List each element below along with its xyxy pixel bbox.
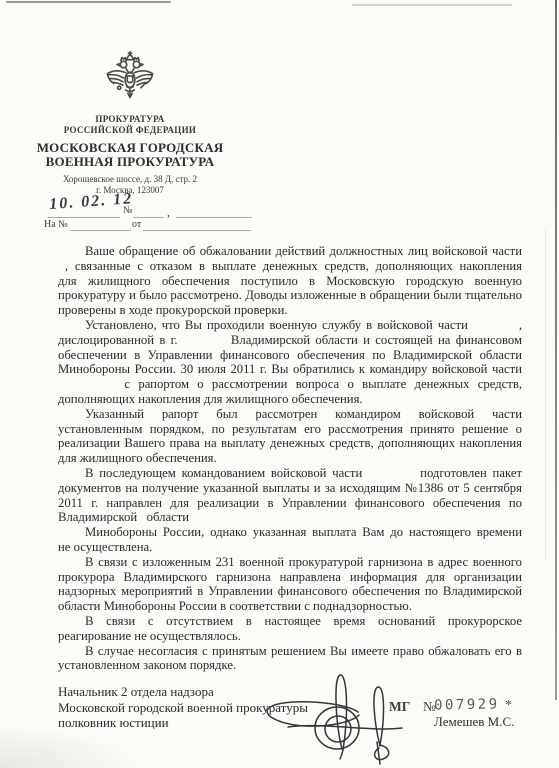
body-line: документов на получение указанной выплат… bbox=[58, 481, 522, 496]
body-line: Минобороны России. 30 июля 2011 г. Вы об… bbox=[58, 362, 522, 377]
body-line: В последующем командованием войсковой ча… bbox=[58, 466, 522, 481]
body-line: , связанные с отказом в выплате денежных… bbox=[58, 259, 522, 274]
body-line: реагирование не осуществлялось. bbox=[58, 629, 522, 644]
document-page: ПРОКУРАТУРА РОССИЙСКОЙ ФЕДЕРАЦИИ МОСКОВС… bbox=[0, 0, 559, 768]
body-line: Установлено, что Вы проходили военную сл… bbox=[58, 318, 522, 333]
body-line: области Минобороны России в соответствии… bbox=[58, 599, 522, 614]
body-line: не осуществлена. bbox=[58, 540, 522, 555]
body-line: проверены в ходе прокурорской проверки. bbox=[58, 303, 522, 318]
stamp-mg-label: МГ bbox=[389, 699, 410, 715]
scan-artifact-top-left bbox=[6, 1, 171, 3]
letterhead: ПРОКУРАТУРА РОССИЙСКОЙ ФЕДЕРАЦИИ МОСКОВС… bbox=[25, 50, 235, 195]
body-line: В случае несогласия с принятым решением … bbox=[58, 644, 522, 659]
scan-artifact-corner-shade bbox=[0, 726, 140, 768]
date-blank-line bbox=[48, 217, 120, 218]
body-line: прокурора Владимирского гарнизона направ… bbox=[58, 570, 522, 585]
number-blank-line bbox=[133, 217, 164, 218]
number-blank-line2 bbox=[176, 217, 252, 218]
body-line: Ваше обращение об обжаловании действий д… bbox=[58, 244, 522, 259]
body-line: 2011 г. направлен для реализации в Управ… bbox=[58, 496, 522, 511]
body-line: с рапортом о рассмотрении вопроса о выпл… bbox=[58, 377, 522, 392]
scan-artifact-top-right bbox=[352, 4, 512, 6]
body-line: Владимирской области bbox=[58, 510, 522, 525]
org-name-line2: ВОЕННАЯ ПРОКУРАТУРА bbox=[25, 155, 235, 169]
reference-comma: , bbox=[167, 205, 170, 220]
number-label: № bbox=[123, 205, 133, 216]
body-line: обеспечении в Управлении финансового обе… bbox=[58, 348, 522, 363]
scan-artifact-crease bbox=[545, 230, 546, 560]
body-line: для жилищного обеспечения поступило в Мо… bbox=[58, 274, 522, 289]
body-line: для жилищного обеспечения. bbox=[58, 451, 522, 466]
body-line: Указанный рапорт был рассмотрен командир… bbox=[58, 407, 522, 422]
body-line: установленным порядком, по результатам е… bbox=[58, 422, 522, 437]
org-name-line1: МОСКОВСКАЯ ГОРОДСКАЯ bbox=[25, 141, 235, 155]
scan-artifact-right-edge bbox=[555, 0, 557, 700]
body-line: надзорных мероприятий в Управлении финан… bbox=[58, 584, 522, 599]
stamp-outgoing-number: 007929 bbox=[434, 696, 500, 713]
stamp-star: * bbox=[505, 698, 512, 714]
from-blank-line bbox=[143, 230, 251, 231]
body-line: В связи с отсутствием в настоящее время … bbox=[58, 614, 522, 629]
letter-body: Ваше обращение об обжаловании действий д… bbox=[58, 244, 522, 673]
reply-blank-line bbox=[70, 230, 131, 231]
body-line: дислоцированной в г. Владимирской област… bbox=[58, 333, 522, 348]
body-line: прокуратуру и было рассмотрено. Доводы и… bbox=[58, 288, 522, 303]
coat-of-arms-icon bbox=[103, 50, 157, 104]
reply-to-label: На № bbox=[44, 219, 68, 230]
org-parent-line1: ПРОКУРАТУРА bbox=[25, 114, 235, 125]
signer-name: Лемешев М.С. bbox=[434, 714, 514, 730]
body-line: дополняющих накопления для жилищного обе… bbox=[58, 392, 522, 407]
body-line: В связи с изложенным 231 военной прокура… bbox=[58, 555, 522, 570]
org-address-line1: Хорошевское шоссе, д. 38 Д, стр. 2 bbox=[25, 174, 235, 185]
org-parent-line2: РОССИЙСКОЙ ФЕДЕРАЦИИ bbox=[25, 125, 235, 136]
from-label: от bbox=[132, 219, 141, 230]
body-line: Минобороны России, однако указанная выпл… bbox=[58, 525, 522, 540]
body-line: реализации Вашего права на выплату денеж… bbox=[58, 436, 522, 451]
